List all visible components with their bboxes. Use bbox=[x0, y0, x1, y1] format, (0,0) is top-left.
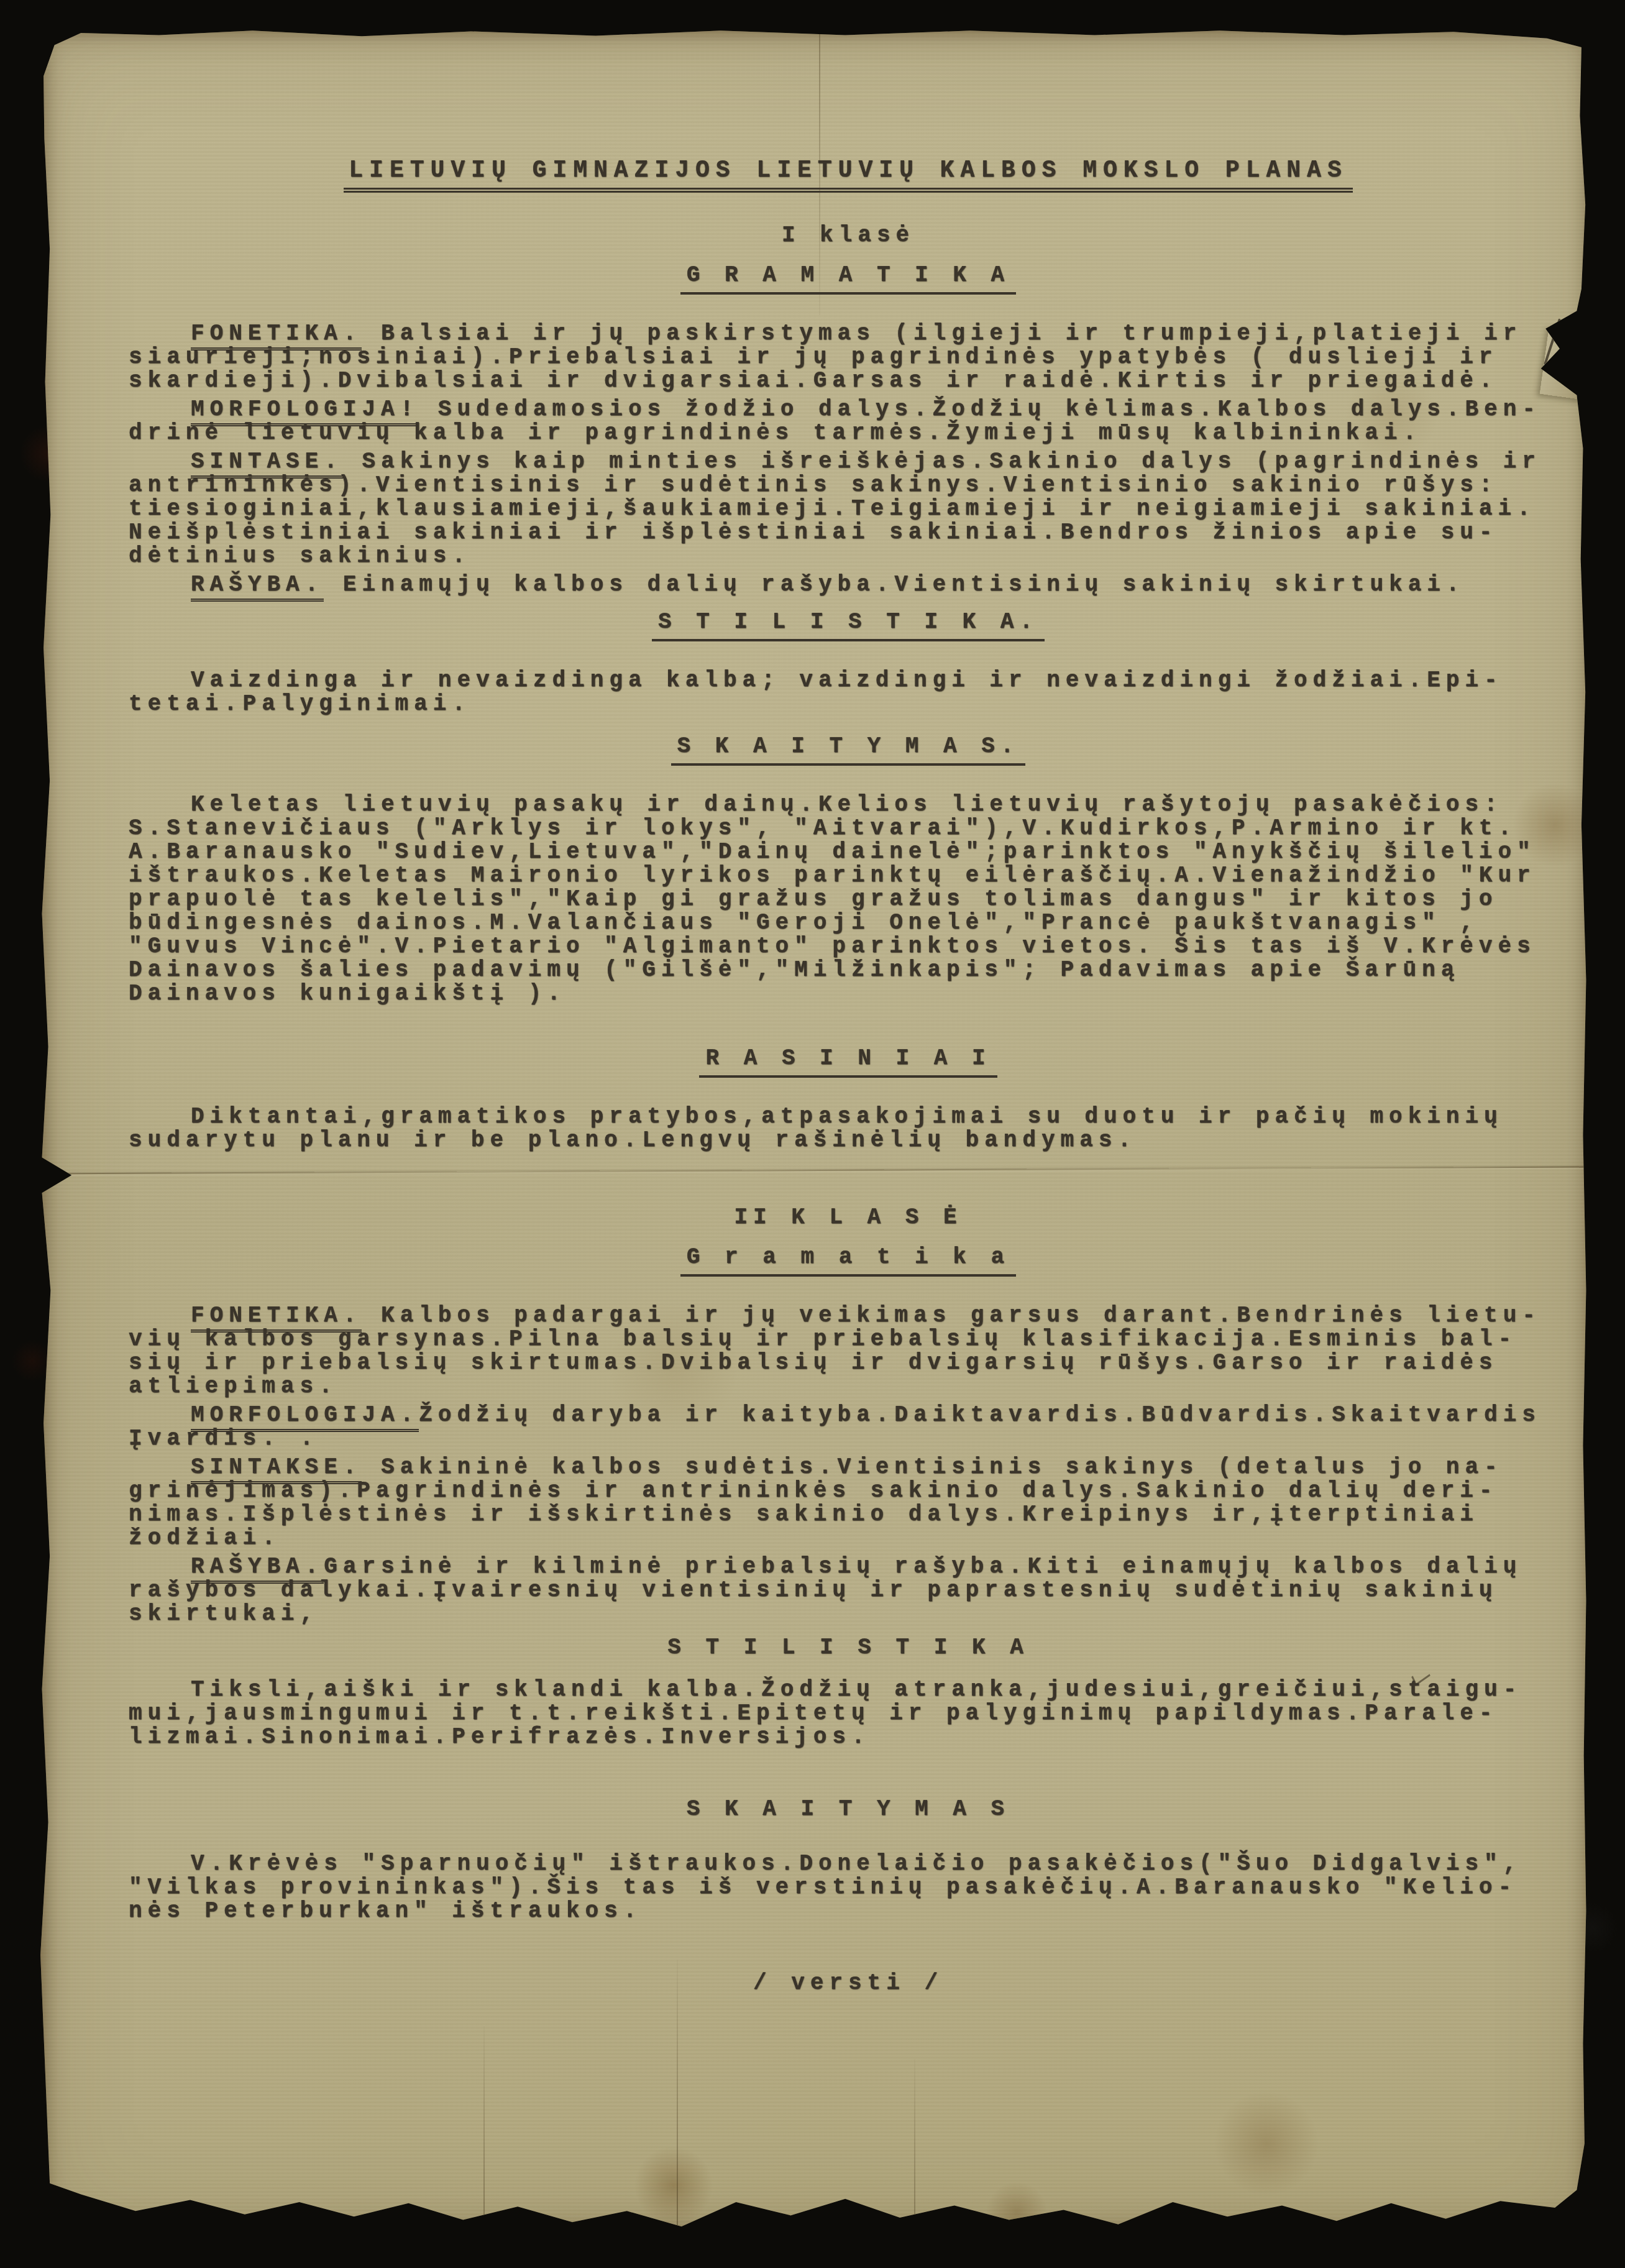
versti-note: / versti / bbox=[129, 1972, 1568, 1995]
class1-stilistika-text: Vaizdinga ir nevaizdinga kalba; vaizding… bbox=[129, 668, 1503, 717]
class2-skaitymas-paragraph: V.Krėvės "Sparnuočių" ištraukos.Donelaič… bbox=[129, 1852, 1568, 1923]
class1-rasyba-text: Einamųjų kalbos dalių rašyba.Vientisinių… bbox=[324, 572, 1465, 597]
class2-gramatika-heading: G r a m a t i k a bbox=[129, 1246, 1568, 1277]
title-row: LIETUVIŲ GIMNAZIJOS LIETUVIŲ KALBOS MOKS… bbox=[129, 159, 1568, 224]
class1-skaitymas-heading: S K A I T Y M A S. bbox=[129, 735, 1568, 766]
class1-gramatika-heading-text: G R A M A T I K A bbox=[680, 264, 1016, 295]
class1-skaitymas-text: Keletas lietuvių pasakų ir dainų.Kelios … bbox=[129, 792, 1536, 1006]
scanned-document-page: { "colors": { "background": "#0c0b08", "… bbox=[0, 0, 1625, 2268]
class2-skaitymas-heading: S K A I T Y M A S bbox=[129, 1797, 1568, 1821]
typewritten-content: LIETUVIŲ GIMNAZIJOS LIETUVIŲ KALBOS MOKS… bbox=[34, 27, 1594, 1995]
class1-rasyba-paragraph: RAŠYBA. Einamųjų kalbos dalių rašyba.Vie… bbox=[129, 573, 1568, 597]
rasiniai-paragraph: Diktantai,gramatikos pratybos,atpasakoji… bbox=[129, 1105, 1568, 1152]
class1-skaitymas-paragraph: Keletas lietuvių pasakų ir dainų.Kelios … bbox=[129, 793, 1568, 1006]
class2-gramatika-heading-text: G r a m a t i k a bbox=[680, 1246, 1016, 1277]
class2-rasyba-paragraph: RAŠYBA.Garsinė ir kilminė priebalsių raš… bbox=[129, 1555, 1568, 1626]
rasiniai-text: Diktantai,gramatikos pratybos,atpasakoji… bbox=[129, 1104, 1503, 1153]
class1-morfologija-paragraph: MORFOLOGIJA! Sudedamosios žodžio dalys.Ž… bbox=[129, 398, 1568, 445]
class1-stilistika-paragraph: Vaizdinga ir nevaizdinga kalba; vaizding… bbox=[129, 669, 1568, 716]
class2-stilistika-text: Tiksli,aiški ir sklandi kalba.Žodžių atr… bbox=[129, 1677, 1522, 1750]
class1-stilistika-heading: S T I L I S T I K A. bbox=[129, 610, 1568, 641]
class2-sintakse-paragraph: SINTAKSE. Sakininė kalbos sudėtis.Vienti… bbox=[129, 1456, 1568, 1550]
class2-heading: II K L A S Ė bbox=[129, 1206, 1568, 1229]
class2-morfologija-paragraph: MORFOLOGIJA.Žodžių daryba ir kaityba.Dai… bbox=[129, 1403, 1568, 1451]
class1-gramatika-heading: G R A M A T I K A bbox=[129, 264, 1568, 295]
rasiniai-heading: R A S I N I A I bbox=[129, 1047, 1568, 1078]
class2-skaitymas-text: V.Krėvės "Sparnuočių" ištraukos.Donelaič… bbox=[129, 1851, 1522, 1924]
rasiniai-heading-text: R A S I N I A I bbox=[699, 1047, 997, 1078]
class1-heading: I klasė bbox=[129, 224, 1568, 247]
class2-stilistika-paragraph: Tiksli,aiški ir sklandi kalba.Žodžių atr… bbox=[129, 1678, 1568, 1749]
vertical-crease-bottom-2 bbox=[677, 1960, 678, 2226]
class1-stilistika-heading-text: S T I L I S T I K A. bbox=[652, 610, 1045, 641]
class1-fonetika-paragraph: FONETIKA. Balsiai ir jų paskirstymas (il… bbox=[129, 322, 1568, 393]
vertical-crease-bottom-1 bbox=[483, 2026, 485, 2226]
vertical-crease-bottom-3 bbox=[914, 2059, 915, 2225]
class2-rasyba-text: Garsinė ir kilminė priebalsių rašyba.Kit… bbox=[129, 1554, 1522, 1627]
class2-fonetika-paragraph: FONETIKA. Kalbos padargai ir jų veikimas… bbox=[129, 1304, 1568, 1398]
paper-sheet: LIETUVIŲ GIMNAZIJOS LIETUVIŲ KALBOS MOKS… bbox=[34, 27, 1594, 2243]
class1-sintase-paragraph: SINTASE. Sakinys kaip minties išreiškėja… bbox=[129, 450, 1568, 568]
class2-stilistika-heading: S T I L I S T I K A bbox=[129, 1636, 1568, 1660]
class1-skaitymas-heading-text: S K A I T Y M A S. bbox=[671, 735, 1026, 766]
document-title: LIETUVIŲ GIMNAZIJOS LIETUVIŲ KALBOS MOKS… bbox=[344, 159, 1352, 193]
class1-rasyba-lead: RAŠYBA. bbox=[191, 572, 324, 602]
